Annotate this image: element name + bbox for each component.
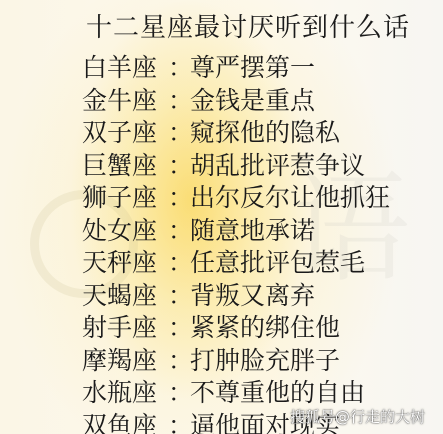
separator: ： [168, 243, 190, 279]
separator: ： [168, 308, 190, 344]
source-watermark: 搜狐号@行走的大树 [290, 406, 425, 427]
sign-text: 金钱是重点 [190, 81, 315, 117]
sign-text: 随意地承诺 [190, 211, 315, 247]
separator: ： [168, 276, 190, 312]
sign-text: 背叛又离弃 [190, 276, 315, 312]
sign-name: 金牛座 [82, 81, 168, 117]
separator: ： [168, 146, 190, 182]
sign-text: 任意批评包惹毛 [190, 243, 365, 279]
separator: ： [168, 113, 190, 149]
zodiac-list: 白羊座：尊严摆第一 金牛座：金钱是重点 双子座：窥探他的隐私 巨蟹座：胡乱批评惹… [82, 50, 390, 434]
sign-name: 水瓶座 [82, 373, 168, 409]
sign-text: 不尊重他的自由 [190, 373, 365, 409]
sign-name: 天秤座 [82, 243, 168, 279]
separator: ： [168, 178, 190, 214]
sign-name: 双鱼座 [82, 406, 168, 434]
list-item: 巨蟹座：胡乱批评惹争议 [82, 148, 390, 181]
list-item: 射手座：紧紧的绑住他 [82, 310, 390, 343]
list-item: 天秤座：任意批评包惹毛 [82, 245, 390, 278]
sign-name: 巨蟹座 [82, 146, 168, 182]
sign-text: 出尔反尔让他抓狂 [190, 178, 390, 214]
list-item: 水瓶座：不尊重他的自由 [82, 375, 390, 408]
list-item: 双子座：窥探他的隐私 [82, 115, 390, 148]
sign-name: 处女座 [82, 211, 168, 247]
sign-text: 胡乱批评惹争议 [190, 146, 365, 182]
sign-name: 天蝎座 [82, 276, 168, 312]
list-item: 狮子座：出尔反尔让他抓狂 [82, 180, 390, 213]
separator: ： [168, 406, 190, 434]
separator: ： [168, 48, 190, 84]
separator: ： [168, 341, 190, 377]
sign-name: 摩羯座 [82, 341, 168, 377]
separator: ： [168, 373, 190, 409]
list-item: 金牛座：金钱是重点 [82, 83, 390, 116]
list-item: 摩羯座：打肿脸充胖子 [82, 343, 390, 376]
list-item: 天蝎座：背叛又离弃 [82, 278, 390, 311]
page-title: 十二星座最讨厌听到什么话 [86, 7, 410, 44]
list-item: 白羊座：尊严摆第一 [82, 50, 390, 83]
sign-text: 尊严摆第一 [190, 48, 315, 84]
sign-name: 射手座 [82, 308, 168, 344]
sign-name: 双子座 [82, 113, 168, 149]
sign-name: 白羊座 [82, 48, 168, 84]
separator: ： [168, 211, 190, 247]
sign-name: 狮子座 [82, 178, 168, 214]
sign-text: 紧紧的绑住他 [190, 308, 340, 344]
sign-text: 窥探他的隐私 [190, 113, 340, 149]
separator: ： [168, 81, 190, 117]
list-item: 处女座：随意地承诺 [82, 213, 390, 246]
sign-text: 打肿脸充胖子 [190, 341, 340, 377]
